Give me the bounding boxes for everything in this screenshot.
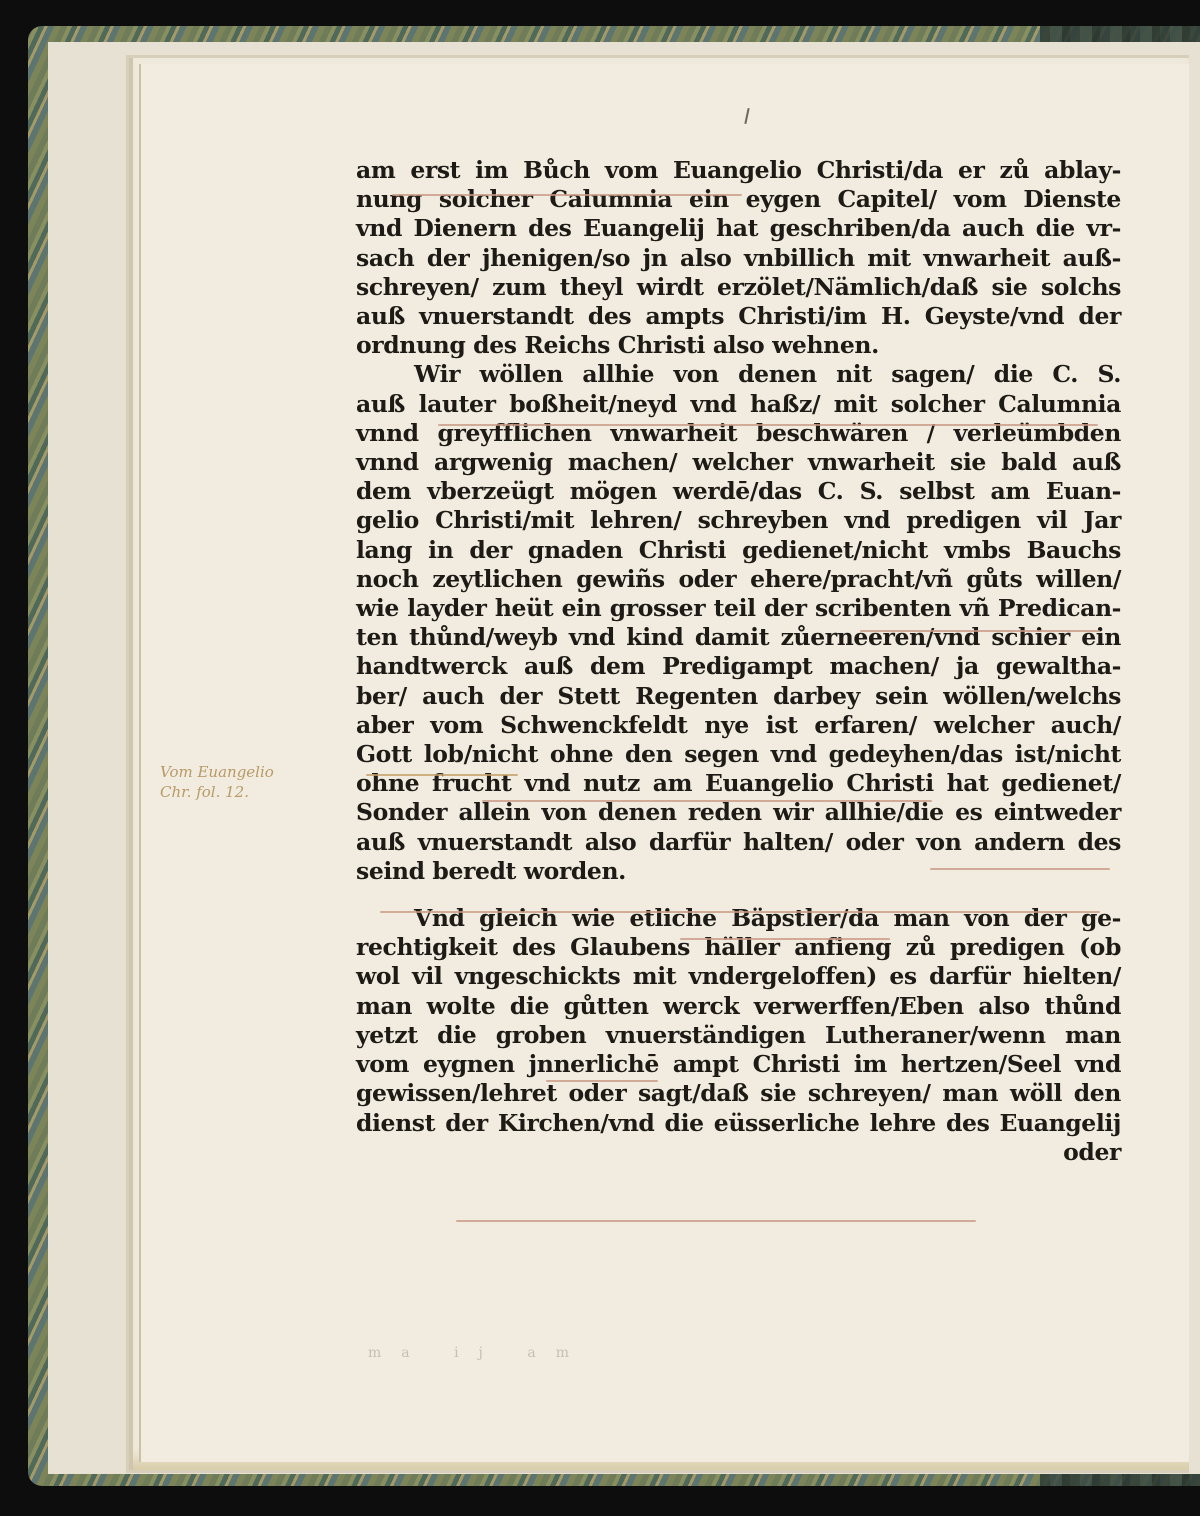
underline-mark <box>546 1080 658 1082</box>
text-line: schreyen/ zum theyl wirdt erzölet/Nämlic… <box>356 273 1121 302</box>
text-line: wol vil vngeschickts mit vndergeloffen) … <box>356 962 1121 991</box>
text-line: ber/ auch der Stett Regenten darbey sein… <box>356 682 1121 711</box>
underline-mark <box>680 938 890 940</box>
text-line: lang in der gnaden Christi gedienet/nich… <box>356 536 1121 565</box>
text-line: wie layder heüt ein grosser teil der scr… <box>356 594 1121 623</box>
text-line: Vnd gleich wie etliche Bäpstler/da man v… <box>356 904 1121 933</box>
text-line: vnd Dienern des Euangelij hat geschriben… <box>356 214 1121 243</box>
text-line: gelio Christi/mit lehren/ schreyben vnd … <box>356 506 1121 535</box>
underline-mark <box>930 868 1110 870</box>
text-line: auß vnuerstandt also darfür halten/ oder… <box>356 828 1121 857</box>
text-line: aber vom Schwenckfeldt nye ist erfaren/ … <box>356 711 1121 740</box>
text-line: yetzt die groben vnuerständigen Lutheran… <box>356 1021 1121 1050</box>
paragraph-2: Wir wöllen allhie von denen nit sagen/ d… <box>356 360 1121 886</box>
text-line: gewissen/lehret oder sagt/daß sie schrey… <box>356 1079 1121 1108</box>
text-line: Wir wöllen allhie von denen nit sagen/ d… <box>356 360 1121 389</box>
text-line: seind beredt worden. <box>356 857 1121 886</box>
text-line: nung solcher Calumnia ein eygen Capitel/… <box>356 185 1121 214</box>
text-line: dem vberzeügt mögen werdē/das C. S. selb… <box>356 477 1121 506</box>
text-line: Gott lob/nicht ohne den segen vnd gedeyh… <box>356 740 1121 769</box>
text-line: dienst der Kirchen/vnd die eüsserliche l… <box>356 1109 1121 1138</box>
underline-mark <box>456 1220 976 1222</box>
underline-mark <box>860 630 1100 632</box>
paragraph-3: Vnd gleich wie etliche Bäpstler/da man v… <box>356 904 1121 1167</box>
text-line: ten thůnd/weyb vnd kind damit zůerneeren… <box>356 623 1121 652</box>
text-line: auß vnuerstandt des ampts Christi/im H. … <box>356 302 1121 331</box>
text-line: vnnd argwenig machen/ welcher vnwarheit … <box>356 448 1121 477</box>
paragraph-1: am erst im Bůch vom Euangelio Christi/da… <box>356 156 1121 360</box>
show-through-text: ma ij am <box>368 1345 589 1361</box>
catchword: oder <box>356 1138 1121 1167</box>
underline-mark <box>392 194 742 196</box>
text-line: man wolte die gůtten werck verwerffen/Eb… <box>356 992 1121 1021</box>
body-text: am erst im Bůch vom Euangelio Christi/da… <box>356 156 1121 1167</box>
text-line: am erst im Bůch vom Euangelio Christi/da… <box>356 156 1121 185</box>
underline-mark <box>482 800 932 802</box>
paragraph-gap <box>356 886 1121 904</box>
text-line: handtwerck auß dem Predigampt machen/ ja… <box>356 652 1121 681</box>
underline-mark <box>366 774 518 776</box>
margin-note-line-1: Vom Euangelio <box>160 762 350 782</box>
handwritten-margin-note: Vom Euangelio Chr. fol. 12. <box>160 762 350 802</box>
text-line: auß lauter boßheit/neyd vnd haßz/ mit so… <box>356 390 1121 419</box>
underline-mark <box>380 911 1100 913</box>
text-line: Sonder allein von denen reden wir allhie… <box>356 798 1121 827</box>
text-line: ordnung des Reichs Christi also wehnen. <box>356 331 1121 360</box>
text-line: vom eygnen jnnerlichē ampt Christi im he… <box>356 1050 1121 1079</box>
margin-note-line-2: Chr. fol. 12. <box>160 782 350 802</box>
text-line: noch zeytlichen gewiñs oder ehere/pracht… <box>356 565 1121 594</box>
text-line: sach der jhenigen/so jn also vnbillich m… <box>356 244 1121 273</box>
underline-mark <box>438 424 1098 426</box>
